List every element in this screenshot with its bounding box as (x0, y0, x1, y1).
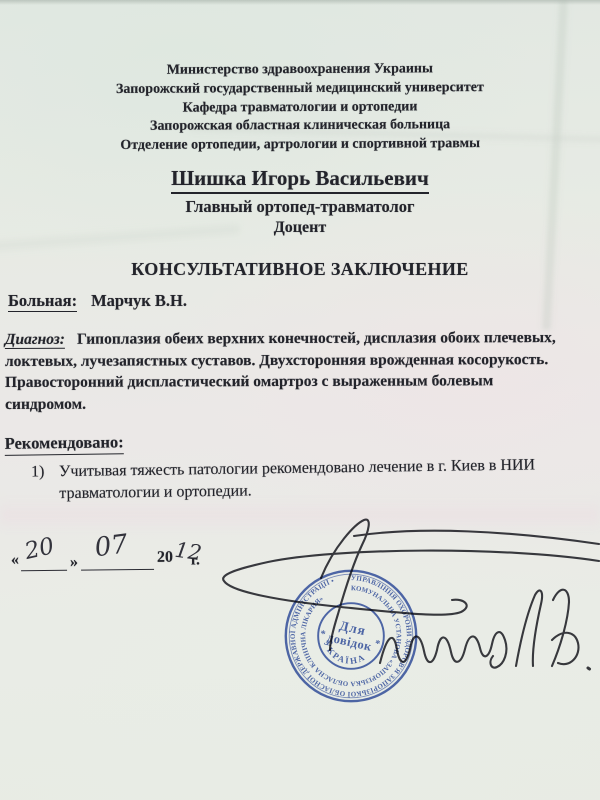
doctor-block: Шишка Игорь Васильевич Главный ортопед-т… (0, 166, 600, 237)
header-line-unit: Отделение ортопедии, артрологии и спорти… (0, 135, 600, 157)
date-line: « 20 » 07 20 12 г. (0, 539, 280, 592)
patient-name: Марчук В.Н. (91, 291, 187, 310)
diagnosis-label: Диагноз: (5, 331, 65, 349)
doctor-name-text: Шишка Игорь Васильевич (171, 166, 429, 194)
document-header: Министерство здравоохранения Украины Зап… (0, 59, 600, 156)
recommendations-label: Рекомендовано: (5, 432, 124, 456)
paper-edge-shadow (0, 0, 600, 5)
date-month-handwritten: 07 (93, 529, 130, 563)
signature-initial-i (516, 590, 542, 666)
diagnosis-text: Гипоплазия обеих верхних конечностей, ди… (5, 329, 556, 412)
signature-initial-v (552, 590, 578, 666)
recommendation-item-text: Учитывая тяжесть патологии рекомендовано… (59, 454, 560, 505)
recommendation-item-number: 1) (31, 461, 60, 505)
diagnosis-paragraph: Диагноз:Гипоплазия обеих верхних конечно… (5, 327, 565, 415)
signature-dot (588, 668, 590, 669)
round-stamp-icon: УПРАВЛІННЯ ОХОРОНИ ЗДОРОВ'Я ЗАПОРІЗЬКОЇ … (277, 562, 425, 710)
patient-label: Больная: (8, 291, 77, 312)
date-year-suffix: г. (191, 552, 200, 569)
stamp-star-left-icon: * (319, 629, 326, 641)
patient-line: Больная:Марчук В.Н. (8, 291, 187, 311)
stamp-star-right-icon: * (374, 638, 381, 650)
date-year-prefix: 20 (157, 549, 173, 567)
recommendation-item: 1) Учитывая тяжесть патологии рекомендов… (5, 454, 566, 506)
document-photo: Министерство здравоохранения Украины Зап… (0, 0, 600, 800)
doctor-name: Шишка Игорь Васильевич (0, 166, 600, 194)
document-title: КОНСУЛЬТАТИВНОЕ ЗАКЛЮЧЕНИЕ (0, 259, 600, 280)
doctor-rank: Доцент (0, 219, 600, 237)
date-close-quote: » (70, 554, 78, 572)
doctor-position: Главный ортопед-травматолог (0, 197, 600, 217)
date-open-quote: « (11, 551, 19, 569)
signature-top-flourish (354, 531, 599, 544)
recommendations-block: Рекомендовано: 1) Учитывая тяжесть патол… (5, 426, 566, 506)
